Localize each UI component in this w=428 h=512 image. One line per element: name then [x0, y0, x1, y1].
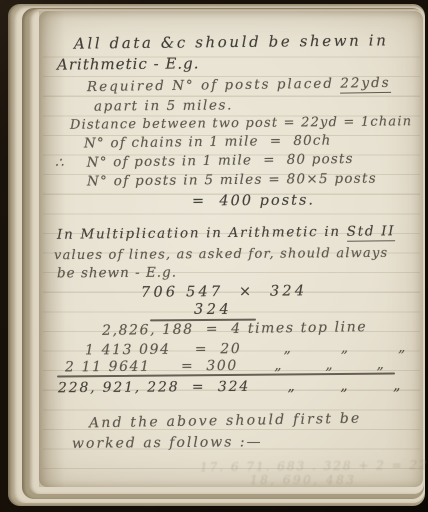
gutter-shadow [39, 11, 65, 487]
ruled-lines [43, 38, 420, 479]
notebook-page [39, 11, 423, 487]
notebook-photograph: All data &c should be shewn in Arithmeti… [0, 0, 428, 512]
